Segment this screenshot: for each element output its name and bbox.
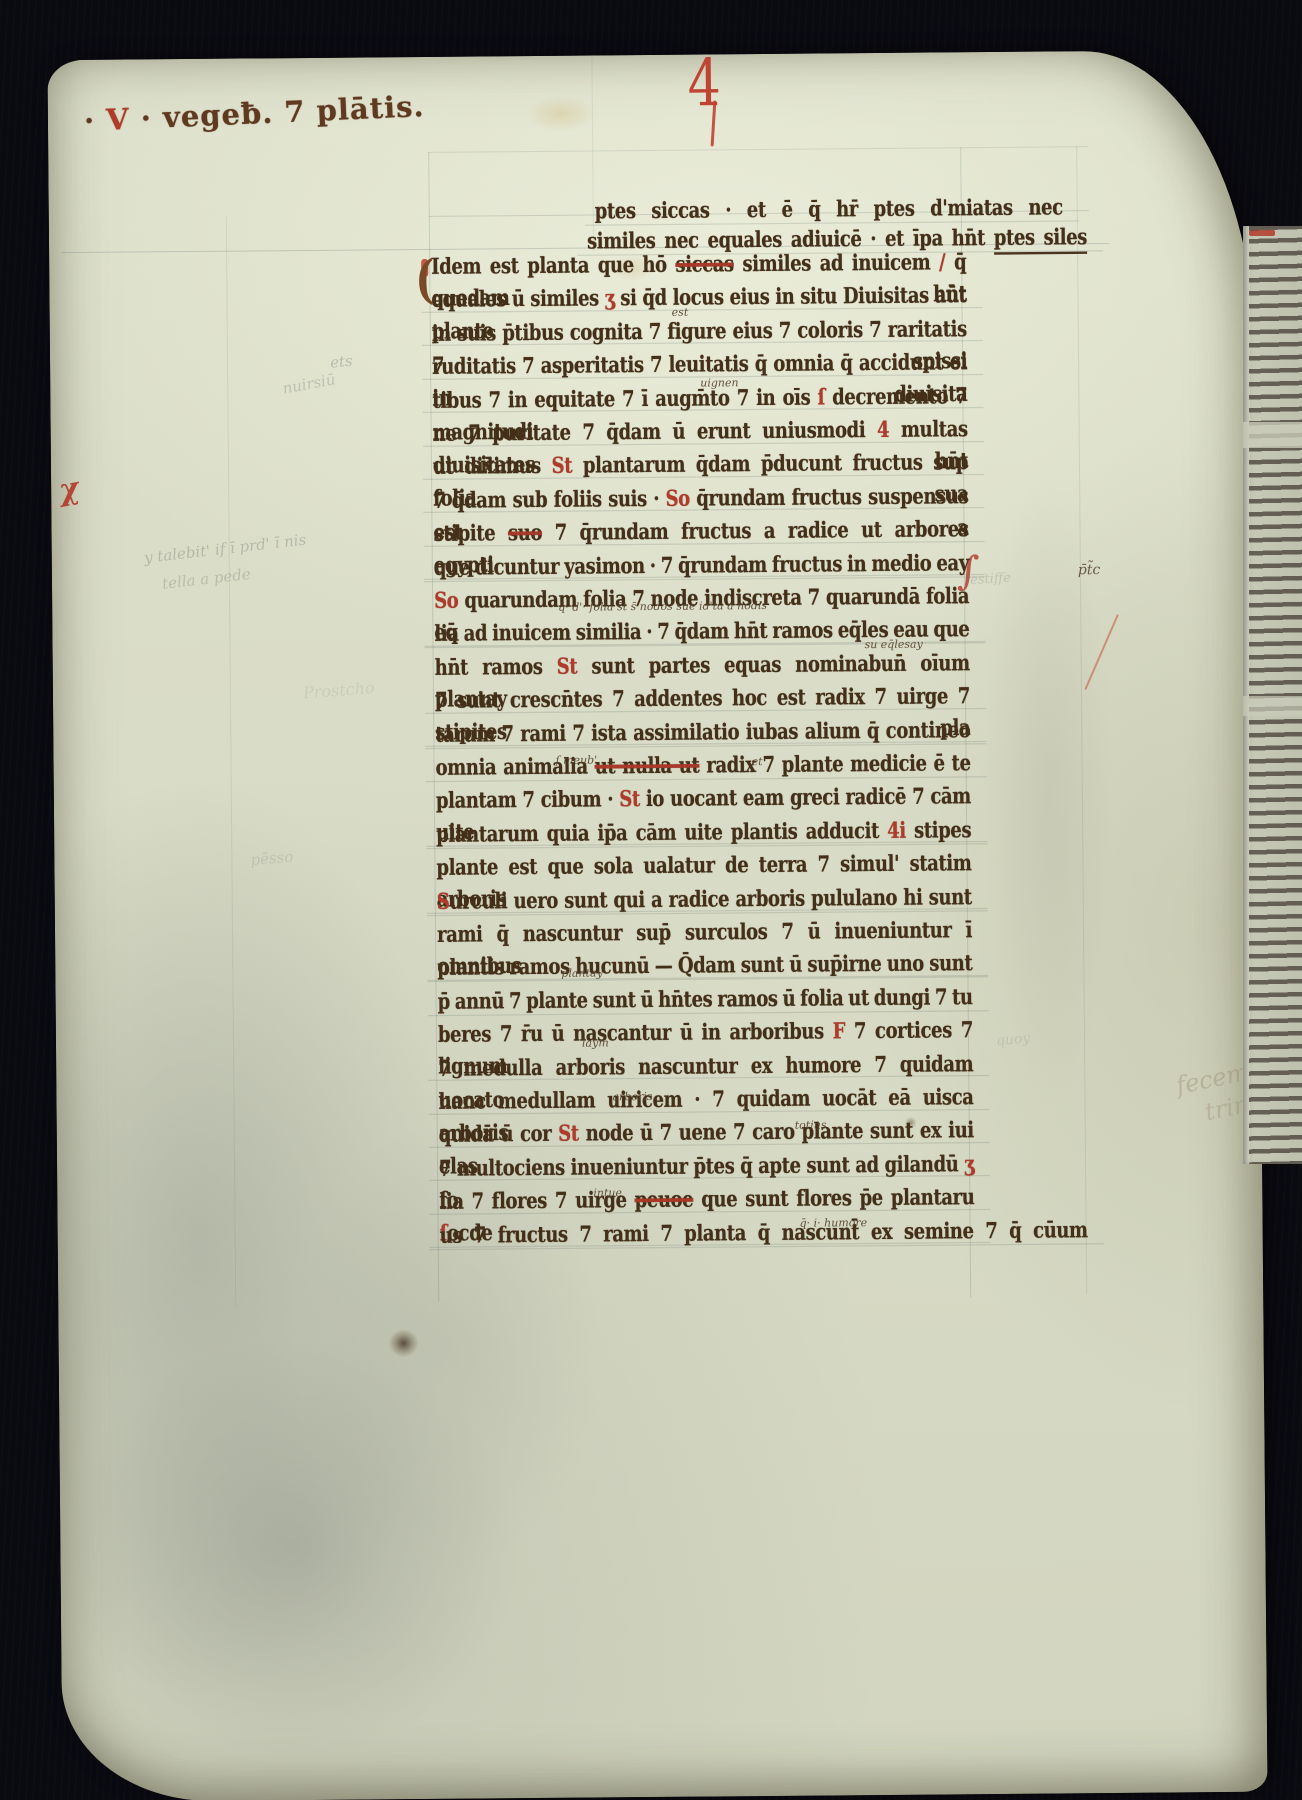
text-line: p̄ annū 7 plante sunt ū hn̄tes ramos ū f… [438,982,973,1018]
text-line: que dicuntur yasimon · 7 q̄rundam fructu… [434,548,969,584]
manuscript-page: · V · vegeƀ. 7 plātis. 4 ( χ ∫ ptes sic [47,50,1267,1800]
marginal-note: y talebit' if ī prd' ī nis [143,531,307,567]
rubric-title: · V · vegeƀ. 7 plātis. [83,89,425,138]
adjacent-folio-gap [1243,422,1302,448]
interlinear-gloss: est [672,306,689,319]
interlinear-gloss: et [751,755,762,768]
marginal-note: nuirsiū [281,370,337,397]
margin-red-mark: χ [56,471,82,509]
marginal-note: pēsso [250,848,294,869]
interlinear-gloss: q̄· i· humore [800,1216,868,1230]
text-line: omnia animalia ut nulla ut radix 7 plant… [435,748,970,784]
adjacent-folio-gap [1243,696,1302,716]
interlinear-gloss: uignen [700,376,738,389]
interlinear-gloss: plantay [561,966,603,979]
interlinear-gloss: ſ meub' [555,753,597,766]
marginal-note: ets [329,352,353,372]
text-line: Surculi uero sunt qui a radice arboris p… [437,882,972,918]
interlinear-gloss: q̄· d'· folia s̄t s̄ nodos sue id'ta a n… [558,599,767,614]
interlinear-gloss: intue [593,1186,622,1199]
marginal-note: Prostcho [302,678,375,703]
marginal-note: restiffe [964,571,1012,589]
ruling-line [428,146,1088,153]
marginal-note: quoy [995,1030,1031,1049]
text-line: us 7 fructus 7 rami 7 planta q̄ nascunt̄… [440,1215,1088,1252]
text-line: plantis ramos hucunū — Q̄dam sunt ū sup̄… [437,949,972,985]
ink-stain-dark [388,1329,418,1357]
text-line: plantarum quia ip̄a cām uite plantis add… [436,815,971,851]
text-line: tarum 7 rami 7 ista assimilatio iubas al… [435,715,970,751]
adjacent-folio-text-lines [1249,226,1302,1164]
manuscript-scan: · V · vegeƀ. 7 plātis. 4 ( χ ∫ ptes sic [0,0,1302,1800]
adjacent-folio-edge [1243,226,1302,1164]
interlinear-gloss: laym [582,1036,609,1049]
stain-yellow [526,95,596,132]
interlinear-gloss: su eq̄lesay [864,638,922,652]
interlinear-gloss: totius [795,1118,827,1131]
interlinear-gloss: arboris [612,1090,652,1103]
quire-mark: 4 [687,50,721,122]
marginal-note: p̄t̃c [1078,562,1101,578]
crease-line [591,55,594,251]
marginal-note: tella a pede [161,565,251,593]
